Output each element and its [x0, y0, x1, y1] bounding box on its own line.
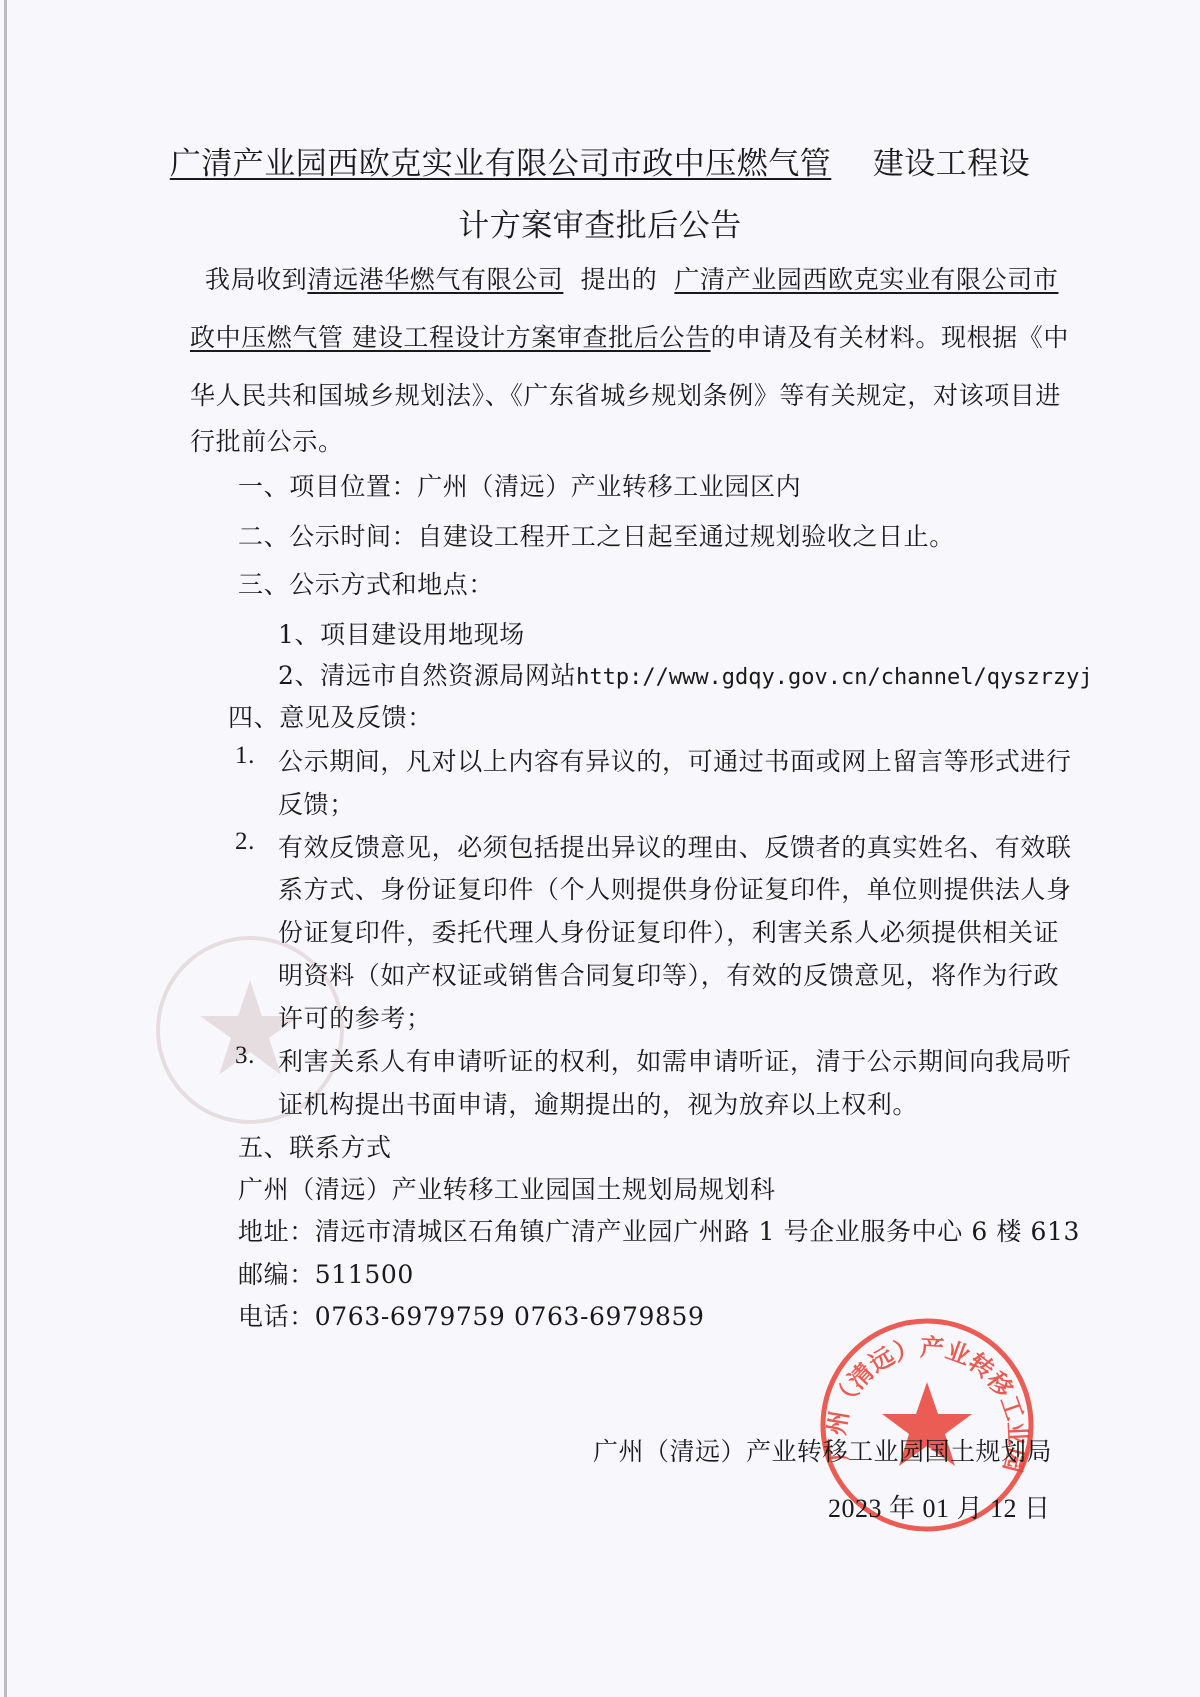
section-1-location: 一、项目位置：广州（清远）产业转移工业园区内	[238, 467, 801, 503]
website-url-link[interactable]: http://www.gdqy.gov.cn/channel/qyszrzyj	[576, 665, 1093, 690]
contact-office: 广州（清远）产业转移工业园国土规划局规划科	[238, 1170, 776, 1206]
title-project-name: 广清产业园西欧克实业有限公司市政中压燃气管	[170, 146, 832, 182]
page-title-line-1: 广清产业园西欧克实业有限公司市政中压燃气管 建设工程设	[0, 138, 1200, 183]
intro-prefix: 我局收到	[205, 265, 307, 294]
feedback-item-1-number: 1.	[235, 742, 255, 770]
feedback-item-2-line-5: 许可的参考；	[278, 999, 432, 1035]
feedback-item-2-line-2: 系方式、身份证复印件（个人则提供身份证复印件，单位则提供法人身	[278, 870, 1072, 906]
contact-postcode: 邮编：511500	[238, 1255, 414, 1291]
intro-line-4: 行批前公示。	[190, 422, 344, 458]
section-3-item-2: 2、清远市自然资源局网站http://www.gdqy.gov.cn/chann…	[278, 656, 1093, 692]
intro-line-1: 我局收到清远港华燃气有限公司 提出的 广清产业园西欧克实业有限公司市	[205, 260, 1058, 296]
intro-line-2: 政中压燃气管 建设工程设计方案审查批后公告的申请及有关材料。现根据《中	[190, 318, 1069, 354]
contact-address: 地址：清远市清城区石角镇广清产业园广州路 1 号企业服务中心 6 楼 613	[238, 1212, 1080, 1248]
feedback-item-2-number: 2.	[235, 828, 255, 856]
section-4-feedback: 四、意见及反馈：	[228, 698, 433, 734]
page-title-line-2: 计方案审查批后公告	[0, 200, 1200, 245]
intro-line-3: 华人民共和国城乡规划法》、《广东省城乡规划条例》等有关规定，对该项目进	[190, 376, 1061, 412]
feedback-item-1-line-2: 反馈；	[278, 785, 355, 821]
section-2-period: 二、公示时间：自建设工程开工之日起至通过规划验收之日止。	[238, 517, 955, 553]
feedback-item-3-number: 3.	[235, 1042, 255, 1070]
website-label: 2、清远市自然资源局网站	[278, 661, 576, 690]
contact-phone: 电话：0763-6979759 0763-6979859	[238, 1297, 705, 1333]
feedback-item-3-line-2: 证机构提出书面申请，逾期提出的，视为放弃以上权利。	[278, 1085, 918, 1121]
scan-edge-line	[4, 0, 7, 1697]
section-3-item-1: 1、项目建设用地现场	[278, 615, 525, 651]
project-name-part-2: 政中压燃气管 建设工程设计方案审查批后公告	[190, 323, 711, 352]
feedback-item-2-line-1: 有效反馈意见，必须包括提出异议的理由、反馈者的真实姓名、有效联	[278, 828, 1072, 864]
applicant-name: 清远港华燃气有限公司	[307, 265, 563, 294]
issuer-signature: 广州（清远）产业转移工业园国土规划局	[593, 1432, 1052, 1468]
title-rest: 建设工程设	[873, 146, 1031, 182]
section-3-method: 三、公示方式和地点：	[238, 565, 494, 601]
section-5-contact: 五、联系方式	[238, 1128, 392, 1164]
feedback-item-1-line-1: 公示期间，凡对以上内容有异议的，可通过书面或网上留言等形式进行	[278, 742, 1072, 778]
intro-line-2-rest: 的申请及有关材料。现根据《中	[711, 323, 1069, 352]
project-name-part-1: 广清产业园西欧克实业有限公司市	[674, 265, 1058, 294]
feedback-item-2-line-4: 明资料（如产权证或销售合同复印等），有效的反馈意见，将作为行政	[278, 956, 1059, 992]
feedback-item-3-line-1: 利害关系人有申请听证的权利，如需申请听证，清于公示期间向我局听	[278, 1042, 1072, 1078]
feedback-item-2-line-3: 份证复印件，委托代理人身份证复印件），利害关系人必须提供相关证	[278, 913, 1059, 949]
issue-date: 2023 年 01 月 12 日	[828, 1488, 1051, 1525]
intro-mid: 提出的	[581, 265, 658, 294]
